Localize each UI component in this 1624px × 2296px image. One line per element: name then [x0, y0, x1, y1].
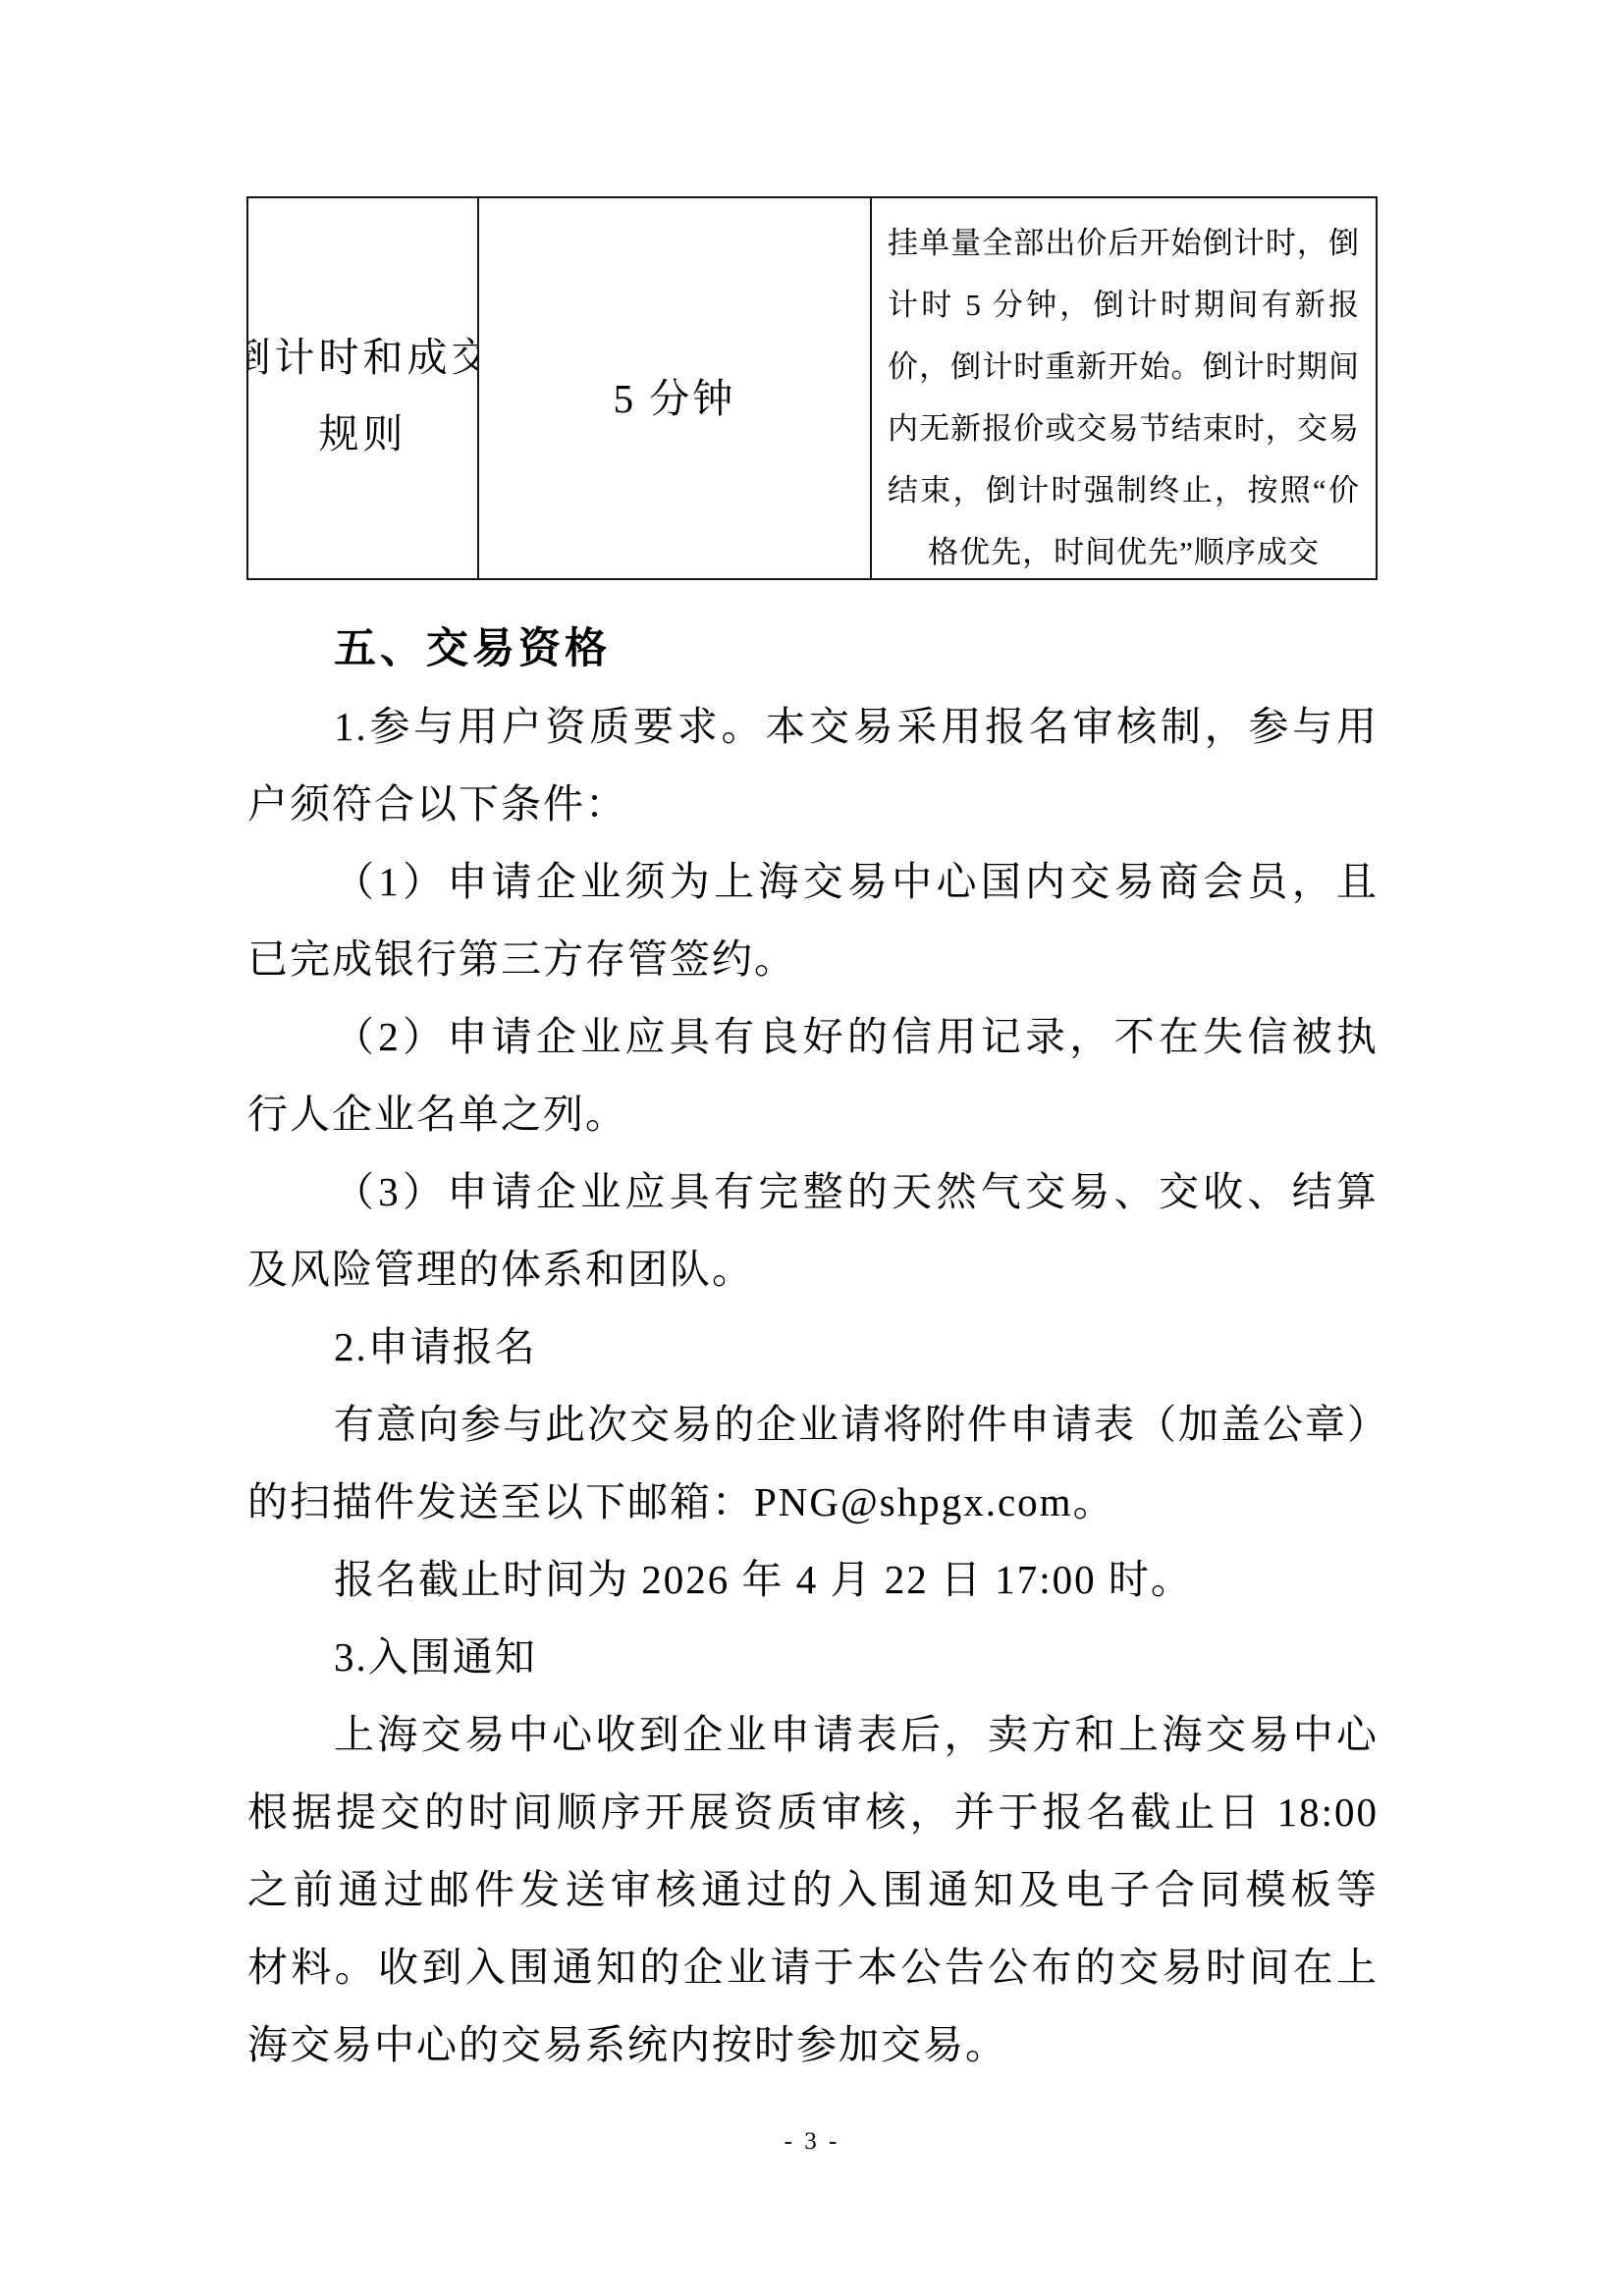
body-line: 根据提交的时间顺序开展资质审核，并于报名截止日 18:00	[247, 1774, 1379, 1851]
body-line: 1.参与用户资质要求。本交易采用报名审核制，参与用	[247, 688, 1379, 766]
rule-text-line: 内无新报价或交易节结束时，交易	[888, 398, 1360, 459]
table-cell-duration: 5 分钟	[477, 198, 870, 578]
body-line: 的扫描件发送至以下邮箱：PNG@shpgx.com。	[247, 1464, 1379, 1541]
body-line: 海交易中心的交易系统内按时参加交易。	[247, 2006, 1379, 2084]
rule-text-line: 挂单量全部出价后开始倒计时，倒	[888, 212, 1360, 274]
body-line: 材料。收到入围通知的企业请于本公告公布的交易时间在上	[247, 1929, 1379, 2006]
document-page: 倒计时和成交 规则 5 分钟 挂单量全部出价后开始倒计时，倒 计时 5 分钟，倒…	[0, 0, 1624, 2296]
rule-text-line: 计时 5 分钟，倒计时期间有新报	[888, 274, 1360, 336]
body-line: 上海交易中心收到企业申请表后，卖方和上海交易中心	[247, 1696, 1379, 1774]
body-line: 报名截止时间为 2026 年 4 月 22 日 17:00 时。	[247, 1541, 1379, 1619]
rule-text-line: 格优先，时间优先”顺序成交	[888, 521, 1360, 578]
body-line: （2）申请企业应具有良好的信用记录，不在失信被执	[247, 998, 1379, 1076]
body-line: （3）申请企业应具有完整的天然气交易、交收、结算	[247, 1153, 1379, 1231]
body-line: 有意向参与此次交易的企业请将附件申请表（加盖公章）	[247, 1386, 1379, 1464]
rule-text-line: 结束，倒计时强制终止，按照“价	[888, 459, 1360, 521]
body-line: 行人企业名单之列。	[247, 1076, 1379, 1153]
rule-text-line: 价，倒计时重新开始。倒计时期间	[888, 336, 1360, 398]
table-cell-row-label: 倒计时和成交 规则	[248, 198, 477, 578]
body-line: 2.申请报名	[247, 1308, 1379, 1386]
body-line: （1）申请企业须为上海交易中心国内交易商会员，且	[247, 843, 1379, 921]
row-label-line: 倒计时和成交	[248, 319, 477, 396]
duration-value: 5 分钟	[614, 366, 736, 424]
body-line: 已完成银行第三方存管签约。	[247, 921, 1379, 998]
table-cell-rule-description: 挂单量全部出价后开始倒计时，倒 计时 5 分钟，倒计时期间有新报 价，倒计时重新…	[870, 198, 1376, 578]
body-line: 户须符合以下条件：	[247, 766, 1379, 843]
body-line: 之前通过邮件发送审核通过的入围通知及电子合同模板等	[247, 1851, 1379, 1929]
section-heading: 五、交易资格	[247, 611, 1379, 688]
body-line: 及风险管理的体系和团队。	[247, 1231, 1379, 1308]
body-line: 3.入围通知	[247, 1619, 1379, 1696]
page-number: - 3 -	[0, 2128, 1624, 2156]
document-body: 五、交易资格 1.参与用户资质要求。本交易采用报名审核制，参与用 户须符合以下条…	[247, 611, 1379, 2084]
rules-table: 倒计时和成交 规则 5 分钟 挂单量全部出价后开始倒计时，倒 计时 5 分钟，倒…	[246, 196, 1378, 580]
row-label-line: 规则	[319, 396, 407, 472]
